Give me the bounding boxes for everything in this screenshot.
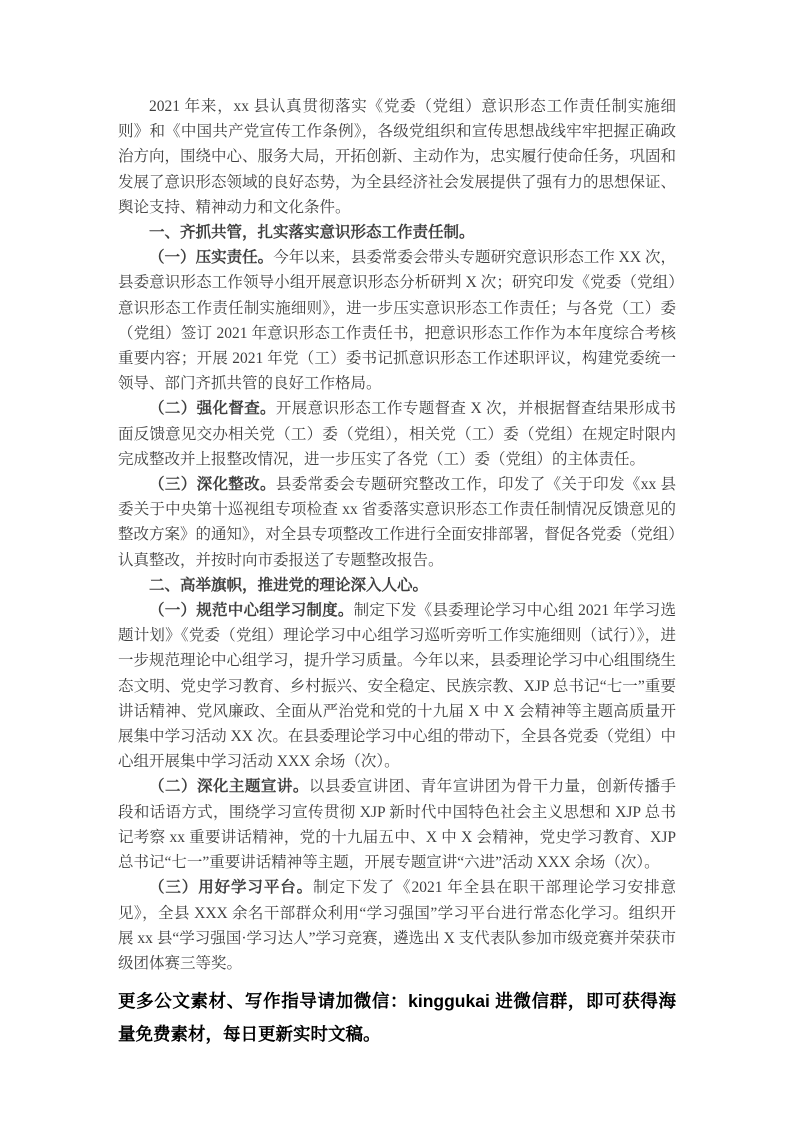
section1-heading: 一、齐抓共管，扎实落实意识形态工作责任制。: [118, 220, 676, 245]
section1-paragraph-1-text: 今年以来，县委常委会带头专题研究意识形态工作 XX 次，县委意识形态工作领导小组…: [118, 249, 676, 392]
section2-paragraph-1: （一）规范中心组学习制度。制定下发《县委理论学习中心组 2021 年学习选题计划…: [118, 598, 676, 774]
section1-paragraph-2-lead: （二）强化督查。: [149, 400, 276, 417]
section1-paragraph-2: （二）强化督查。开展意识形态工作专题督查 X 次，并根据督查结果形成书面反馈意见…: [118, 396, 676, 472]
section2-paragraph-1-lead: （一）规范中心组学习制度。: [149, 602, 354, 619]
section2-paragraph-3: （三）用好学习平台。制定下发了《2021 年全县在职干部理论学习安排意见》，全县…: [118, 875, 676, 976]
section1-paragraph-1-lead: （一）压实责任。: [149, 249, 273, 266]
document-body: 2021 年来，xx 县认真贯彻落实《党委（党组）意识形态工作责任制实施细则》和…: [118, 94, 676, 1051]
document-page: 2021 年来，xx 县认真贯彻落实《党委（党组）意识形态工作责任制实施细则》和…: [0, 0, 793, 1122]
section2-paragraph-3-lead: （三）用好学习平台。: [149, 879, 313, 896]
section2-heading: 二、高举旗帜，推进党的理论深入人心。: [118, 573, 676, 598]
intro-paragraph: 2021 年来，xx 县认真贯彻落实《党委（党组）意识形态工作责任制实施细则》和…: [118, 94, 676, 220]
promo-footer-text: 更多公文素材、写作指导请加微信：kinggukai 进微信群，即可获得海量免费素…: [118, 985, 676, 1051]
section2-paragraph-1-text: 制定下发《县委理论学习中心组 2021 年学习选题计划》《党委（党组）理论学习中…: [118, 602, 676, 770]
section1-paragraph-3: （三）深化整改。县委常委会专题研究整改工作，印发了《关于印发《xx 县委关于中央…: [118, 472, 676, 573]
section2-paragraph-2-lead: （二）深化主题宣讲。: [149, 778, 309, 795]
section1-paragraph-1: （一）压实责任。今年以来，县委常委会带头专题研究意识形态工作 XX 次，县委意识…: [118, 245, 676, 396]
section1-paragraph-3-lead: （三）深化整改。: [149, 476, 276, 493]
section2-paragraph-2: （二）深化主题宣讲。以县委宣讲团、青年宣讲团为骨干力量，创新传播手段和话语方式，…: [118, 774, 676, 875]
